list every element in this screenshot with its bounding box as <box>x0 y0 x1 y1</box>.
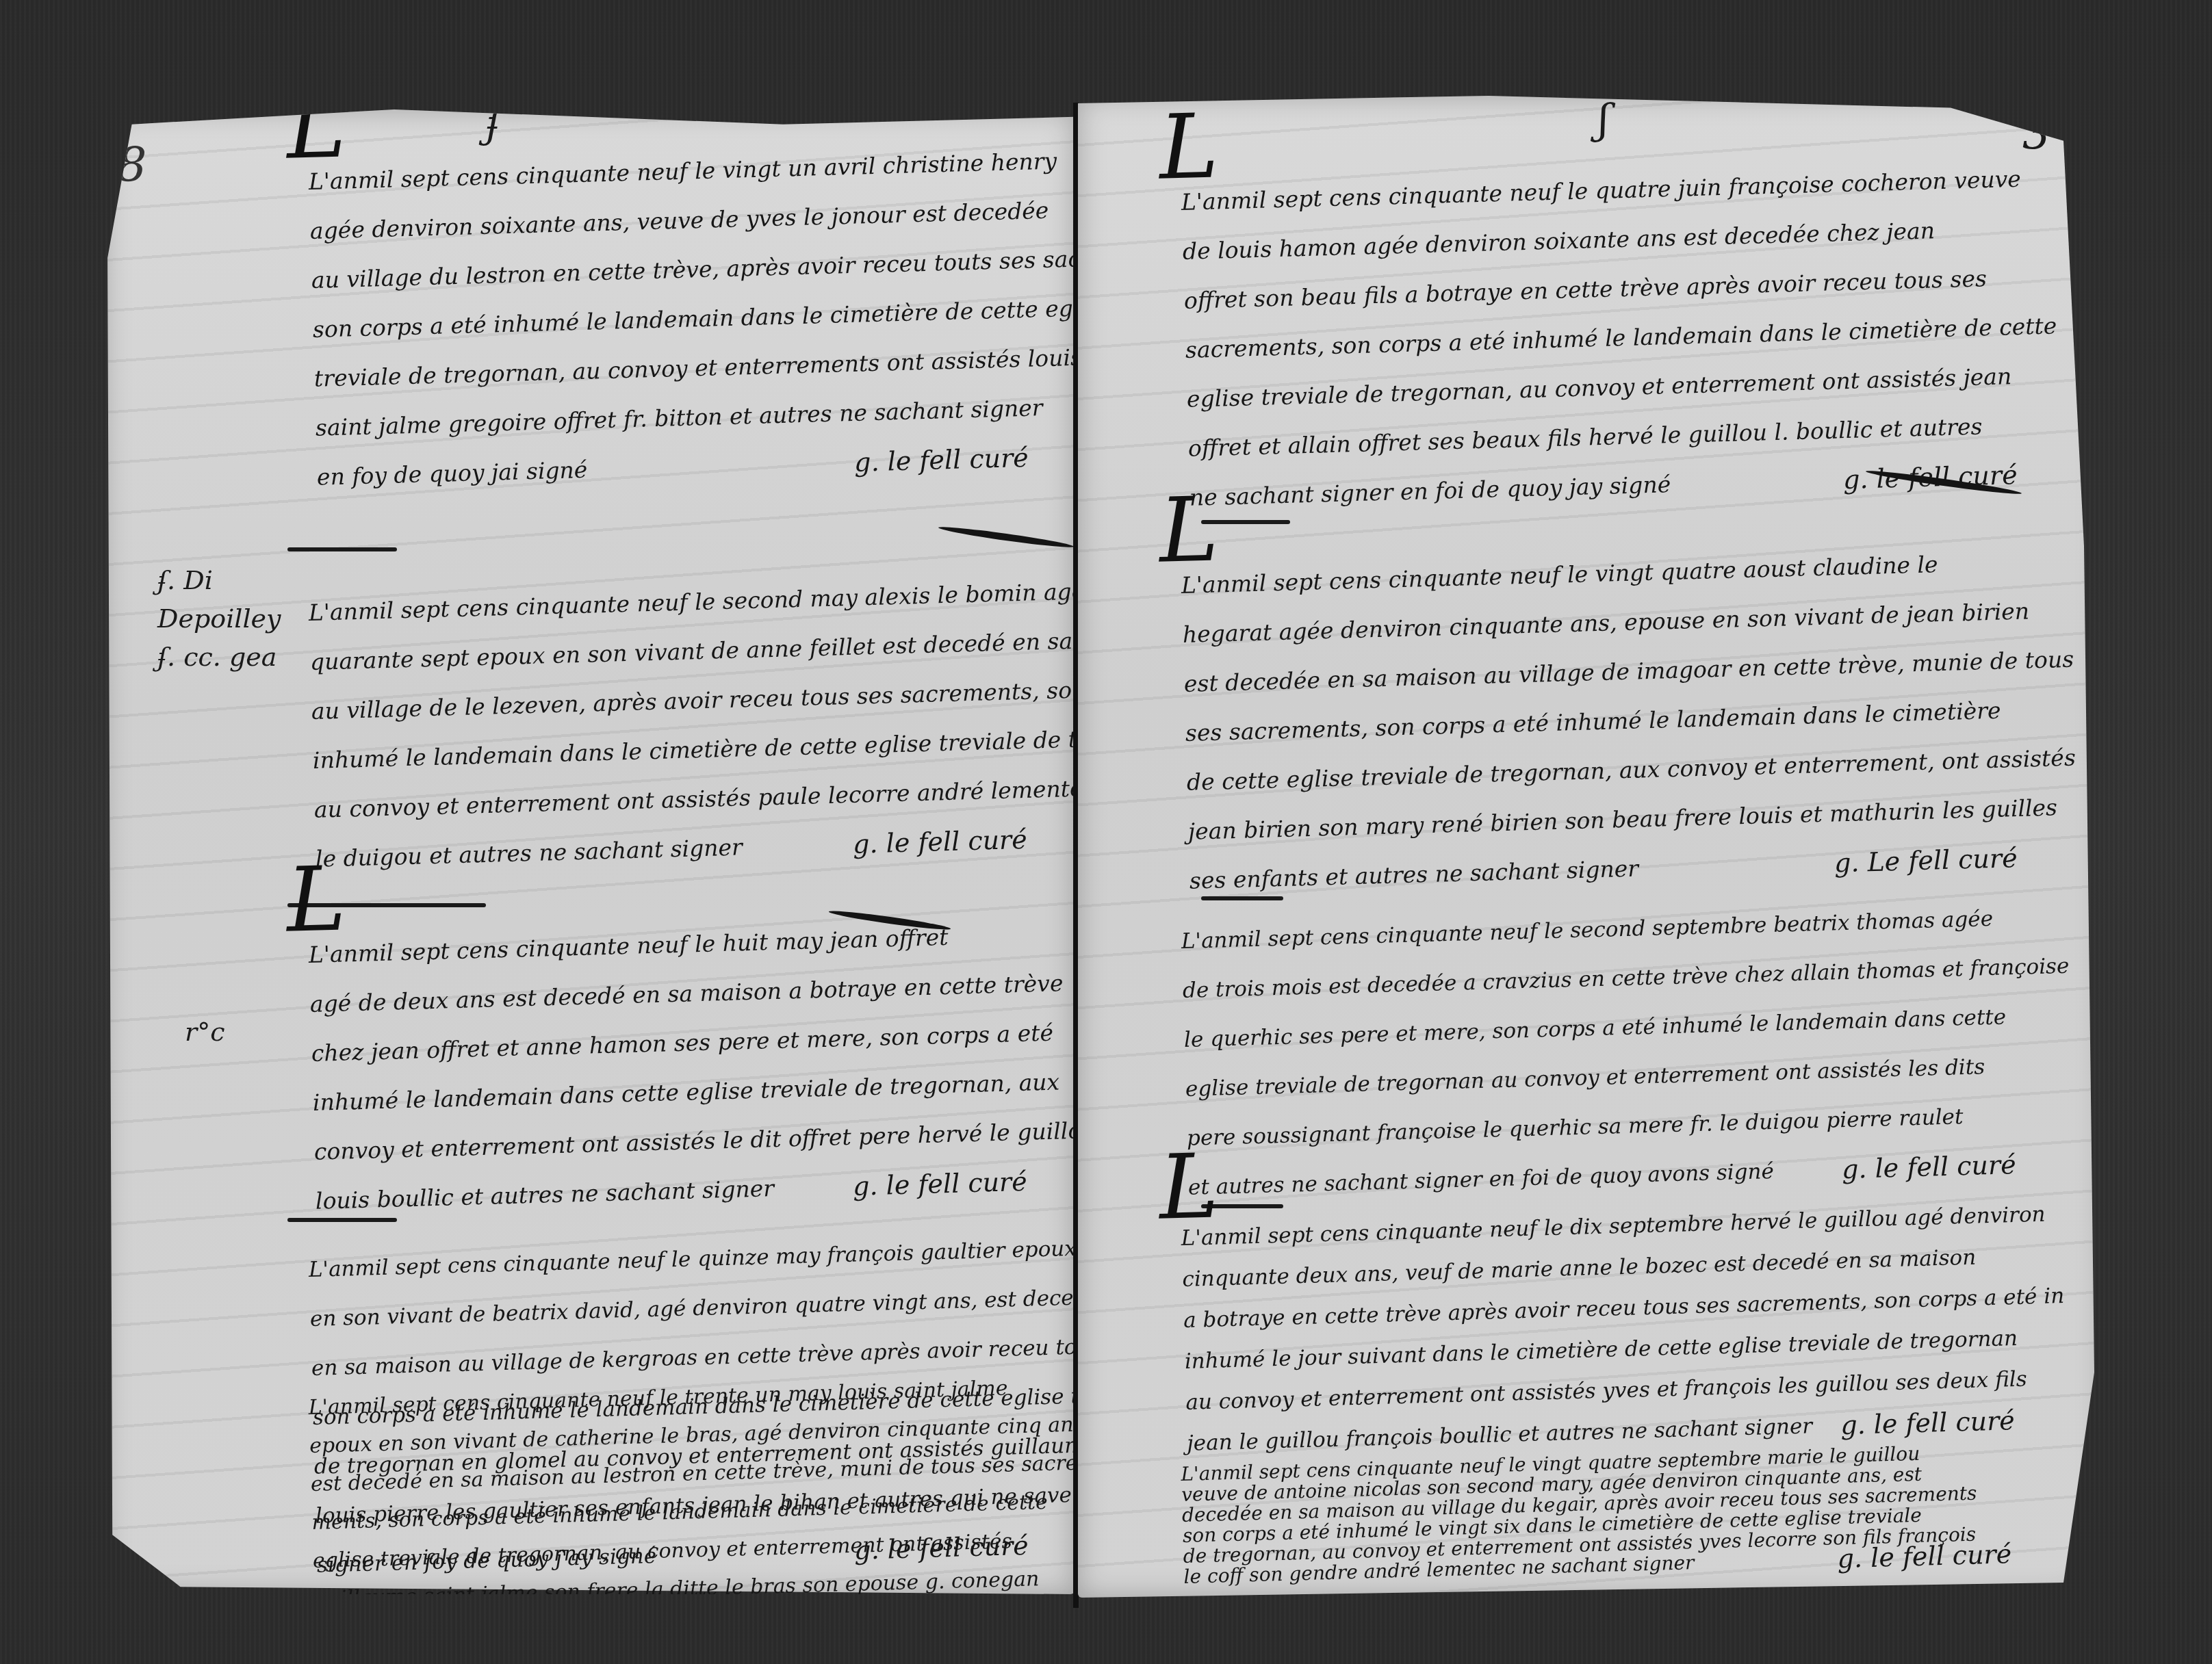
page-gutter <box>1073 103 1079 1608</box>
register-entry: L L'anmil sept cens cinquante neuf le qu… <box>1181 154 2046 523</box>
signature-flourish <box>938 524 1074 550</box>
left-page: 8 ʄ ʄ. Di Depoilley ʄ. cc. gea r°c L L'a… <box>103 109 1075 1594</box>
register-entry: L L'anmil sept cens cinquante neuf le vi… <box>308 137 1057 502</box>
entry-separator <box>287 1218 397 1222</box>
entry-initial: L <box>285 109 347 172</box>
entry-initial: L <box>285 854 347 944</box>
entry-initial: L <box>1158 1141 1220 1232</box>
entry-separator <box>287 547 397 551</box>
register-entry: L'anmil sept cens cinquante neuf le seco… <box>1181 893 2044 1212</box>
register-entry: L'anmil sept cens cinquante neuf le quin… <box>308 1225 1057 1590</box>
register-entry: L L'anmil sept cens cinquante neuf le di… <box>1181 1194 2043 1464</box>
margin-note-1: ʄ. Di Depoilley ʄ. cc. gea <box>157 561 281 676</box>
register-entry: L'anmil sept cens cinquante neuf le seco… <box>308 568 1055 884</box>
top-mark: ʃ <box>1598 96 1609 144</box>
entry-initial: L <box>1158 484 1220 575</box>
margin-note-2: r°c <box>185 1013 224 1051</box>
register-entry: L'anmil sept cens cinquante neuf le ving… <box>1181 1440 2040 1587</box>
right-page: 3 ʃ L L'anmil sept cens cinquante neuf l… <box>1078 96 2105 1598</box>
entry-separator <box>1201 896 1283 900</box>
register-entry: L L'anmil sept cens cinquante neuf le hu… <box>308 910 1055 1226</box>
register-entry: L L'anmil sept cens cinquante neuf le vi… <box>1181 537 2046 906</box>
entry-initial: L <box>1158 101 1220 192</box>
top-mark: ʄ <box>486 109 500 147</box>
